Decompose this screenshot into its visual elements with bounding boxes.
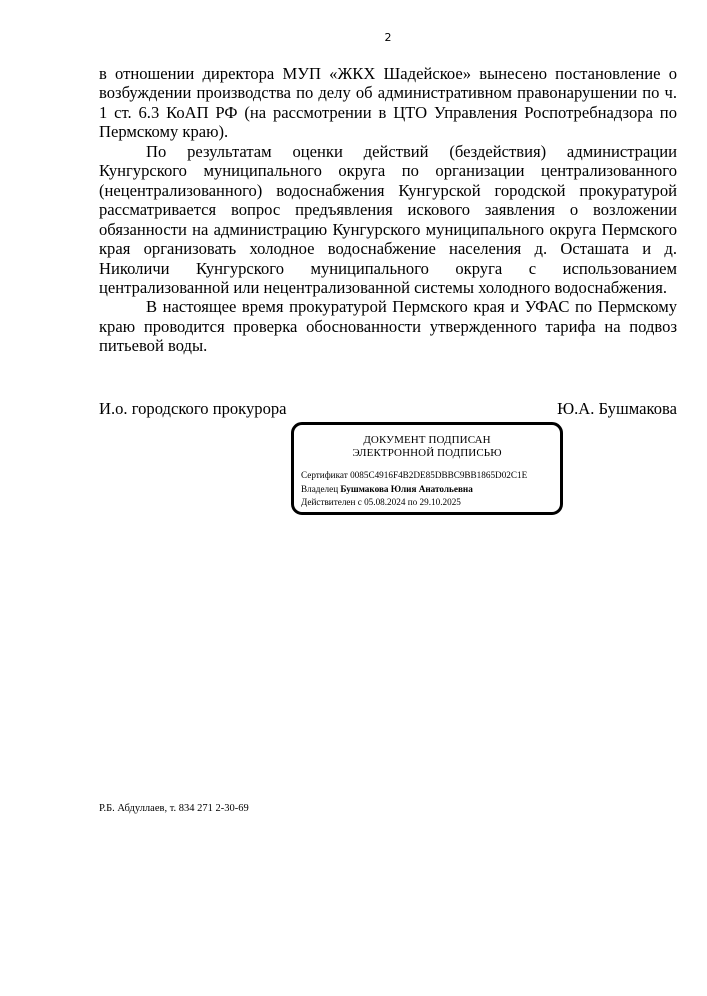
valid-from: 05.08.2024 bbox=[364, 497, 405, 507]
page-number: 2 bbox=[0, 31, 707, 45]
paragraph-continuation: в отношении директора МУП «ЖКХ Шадейское… bbox=[99, 64, 677, 142]
valid-label: Действителен bbox=[301, 497, 355, 507]
certificate-label: Сертификат bbox=[301, 470, 348, 480]
stamp-owner-row: Владелец Бушмакова Юлия Анатольевна bbox=[301, 483, 556, 497]
valid-from-label: с bbox=[358, 497, 362, 507]
stamp-validity-row: Действителен с 05.08.2024 по 29.10.2025 bbox=[301, 496, 556, 510]
signatory-position: И.о. городского прокурора bbox=[99, 399, 287, 419]
stamp-title-line1: ДОКУМЕНТ ПОДПИСАН bbox=[294, 434, 560, 447]
stamp-title-line2: ЭЛЕКТРОННОЙ ПОДПИСЬЮ bbox=[294, 447, 560, 460]
owner-value: Бушмакова Юлия Анатольевна bbox=[340, 484, 472, 494]
stamp-details: Сертификат 0085C4916F4B2DE85DBBC9BB1865D… bbox=[301, 469, 556, 510]
paragraph-tariff-check: В настоящее время прокуратурой Пермского… bbox=[99, 297, 677, 355]
valid-to: 29.10.2025 bbox=[420, 497, 461, 507]
stamp-title: ДОКУМЕНТ ПОДПИСАН ЭЛЕКТРОННОЙ ПОДПИСЬЮ bbox=[294, 434, 560, 460]
signatory-name: Ю.А. Бушмакова bbox=[557, 399, 677, 419]
owner-label: Владелец bbox=[301, 484, 338, 494]
executor-contact: Р.Б. Абдуллаев, т. 834 271 2-30-69 bbox=[99, 802, 249, 815]
signature-row: И.о. городского прокурора Ю.А. Бушмакова bbox=[99, 399, 677, 419]
valid-to-label: по bbox=[408, 497, 418, 507]
paragraph-assessment: По результатам оценки действий (бездейст… bbox=[99, 142, 677, 298]
document-body: в отношении директора МУП «ЖКХ Шадейское… bbox=[99, 64, 677, 356]
electronic-signature-stamp: ДОКУМЕНТ ПОДПИСАН ЭЛЕКТРОННОЙ ПОДПИСЬЮ С… bbox=[291, 422, 563, 515]
stamp-certificate-row: Сертификат 0085C4916F4B2DE85DBBC9BB1865D… bbox=[301, 469, 556, 483]
certificate-value: 0085C4916F4B2DE85DBBC9BB1865D02C1E bbox=[350, 470, 527, 480]
